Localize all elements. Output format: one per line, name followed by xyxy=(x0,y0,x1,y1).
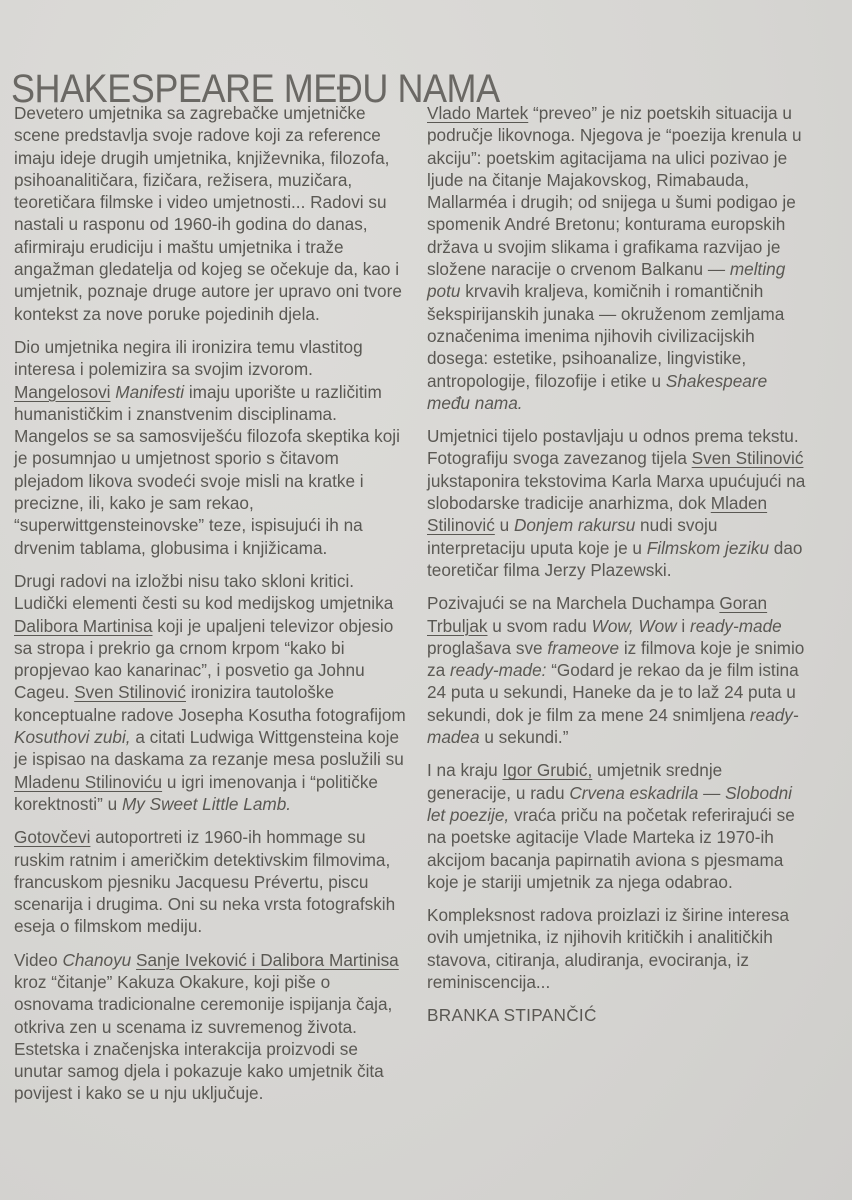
body-text: Dio umjetnika negira ili ironizira temu … xyxy=(14,337,363,379)
paragraph: I na kraju Igor Grubić, umjetnik srednje… xyxy=(427,759,807,893)
work-title: My Sweet Little Lamb. xyxy=(122,794,291,814)
body-text: I na kraju xyxy=(427,760,502,780)
work-title: ready-made: xyxy=(450,660,547,680)
body-text: Kompleksnost radova proizlazi iz širine … xyxy=(427,905,789,992)
body-text: imaju uporište u različitim humanistički… xyxy=(14,382,400,558)
work-title: ready-made xyxy=(690,616,782,636)
author-signature: BRANKA STIPANČIĆ xyxy=(427,1004,807,1026)
body-text: kroz “čitanje” Kakuza Okakure, koji piše… xyxy=(14,972,392,1103)
body-text: Drugi radovi na izložbi nisu tako skloni… xyxy=(14,571,393,613)
work-title: Chanoyu xyxy=(62,950,131,970)
paragraph: Umjetnici tijelo postavljaju u odnos pre… xyxy=(427,425,807,581)
body-text: Devetero umjetnika sa zagrebačke umjetni… xyxy=(14,103,402,324)
work-title: Manifesti xyxy=(115,382,184,402)
work-title: Filmskom jeziku xyxy=(647,538,769,558)
body-text: Video xyxy=(14,950,62,970)
work-title: frameove xyxy=(547,638,619,658)
body-text: u sekundi.” xyxy=(480,727,569,747)
left-column: Devetero umjetnika sa zagrebačke umjetni… xyxy=(14,102,406,1116)
work-title: Kosuthovi zubi, xyxy=(14,727,131,747)
artist-name-link: Mladenu Stilinoviću xyxy=(14,772,162,792)
paragraph: Devetero umjetnika sa zagrebačke umjetni… xyxy=(14,102,406,325)
body-text: “preveo” je niz poetskih situacija u pod… xyxy=(427,103,802,279)
artist-name-link: Gotovčevi xyxy=(14,827,90,847)
paragraph: Video Chanoyu Sanje Iveković i Dalibora … xyxy=(14,949,406,1105)
paragraph: Vlado Martek “preveo” je niz poetskih si… xyxy=(427,102,807,414)
artist-name-link: Dalibora Martinisa xyxy=(14,616,153,636)
artist-name-link: Vlado Martek xyxy=(427,103,528,123)
artist-name-link: Igor Grubić, xyxy=(502,760,592,780)
body-text: u xyxy=(495,515,514,535)
artist-name-link: Sven Stilinović xyxy=(692,448,804,468)
artist-name-link: Sanje Iveković i Dalibora Martinisa xyxy=(136,950,399,970)
work-title: Wow, Wow xyxy=(592,616,677,636)
work-title: Donjem rakursu xyxy=(514,515,635,535)
body-text: u svom radu xyxy=(488,616,592,636)
paragraph: Gotovčevi autoportreti iz 1960-ih hommag… xyxy=(14,826,406,937)
right-column: Vlado Martek “preveo” je niz poetskih si… xyxy=(427,102,807,1038)
body-text: Pozivajući se na Marchela Duchampa xyxy=(427,593,719,613)
paragraph: Dio umjetnika negira ili ironizira temu … xyxy=(14,336,406,559)
artist-name-link: Mangelosovi xyxy=(14,382,111,402)
body-text: i xyxy=(677,616,690,636)
paragraph: Drugi radovi na izložbi nisu tako skloni… xyxy=(14,570,406,815)
artist-name-link: Sven Stilinović xyxy=(74,682,186,702)
paragraph: Kompleksnost radova proizlazi iz širine … xyxy=(427,904,807,993)
body-text: proglašava sve xyxy=(427,638,547,658)
paragraph: Pozivajući se na Marchela Duchampa Goran… xyxy=(427,592,807,748)
